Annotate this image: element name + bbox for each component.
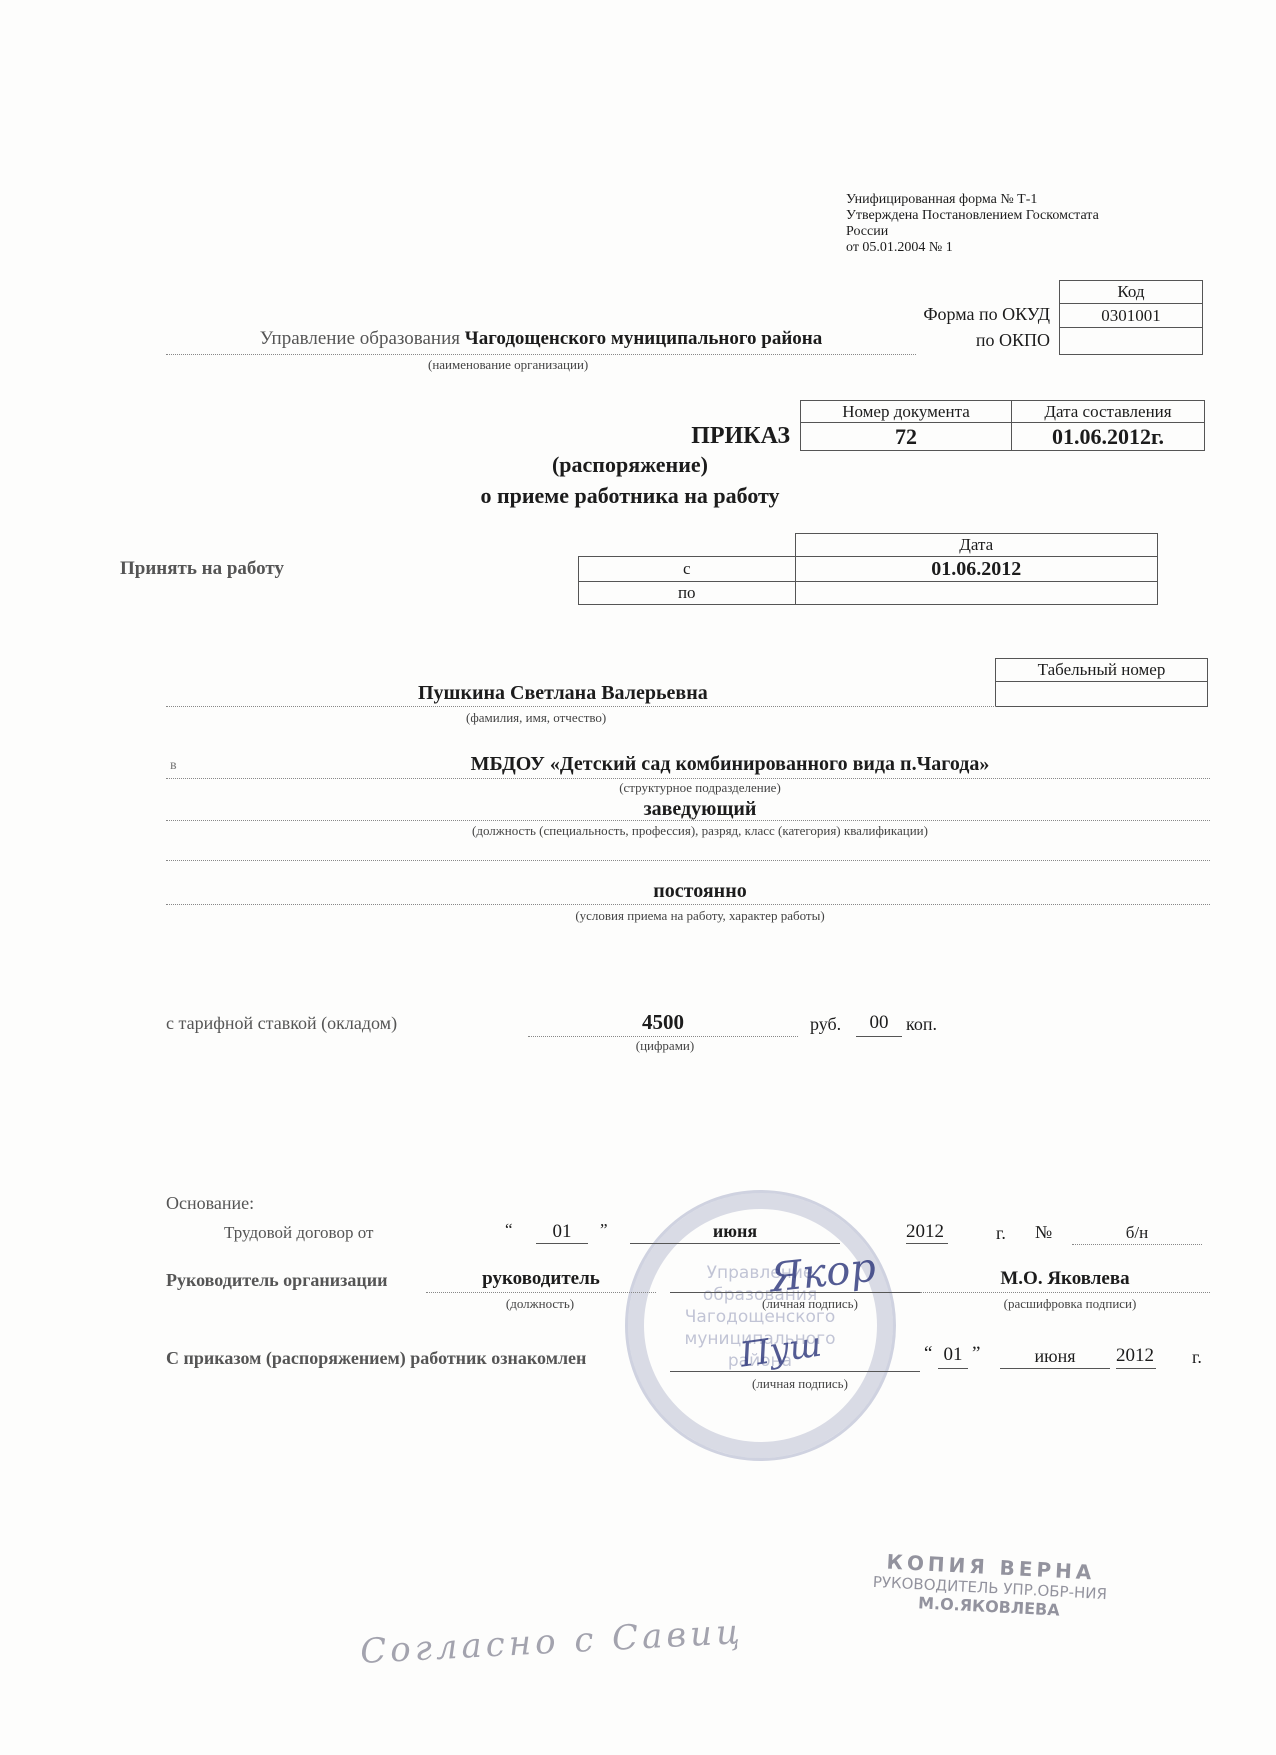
position-caption: (должность (специальность, профессия), р… — [350, 823, 1050, 839]
employee-signature-caption: (личная подпись) — [720, 1376, 880, 1392]
code-header: Код — [1060, 281, 1203, 304]
copy-certified-stamp: КОПИЯ ВЕРНА РУКОВОДИТЕЛЬ УПР.ОБР-НИЯ М.О… — [854, 1548, 1127, 1623]
position-name: заведующий — [500, 798, 900, 821]
employee-name: Пушкина Светлана Валерьевна — [418, 682, 708, 705]
handwritten-note: Согласно с Савиц — [359, 1612, 744, 1672]
head-decoded-name: М.О. Яковлева — [920, 1268, 1210, 1293]
approval-date: от 05.01.2004 № 1 — [846, 240, 1099, 256]
position-extra-line — [166, 860, 1210, 861]
order-title: ПРИКАЗ — [620, 423, 790, 450]
hire-to-date — [795, 582, 1158, 605]
doc-number: 72 — [801, 423, 1012, 451]
ack-quote-open: “ — [924, 1343, 932, 1365]
department-name: МБДОУ «Детский сад комбинированного вида… — [300, 753, 1160, 776]
hire-label: Принять на работу — [120, 558, 284, 580]
okpo-value — [1060, 328, 1203, 355]
head-position: руководитель — [426, 1268, 656, 1293]
organization-name-bold: Чагодощенского муниципального района — [465, 328, 822, 349]
contract-quote-open: “ — [505, 1220, 513, 1240]
order-subtitle: (распоряжение) — [480, 452, 780, 478]
doc-date: 01.06.2012г. — [1012, 423, 1205, 451]
salary-label: с тарифной ставкой (окладом) — [166, 1013, 397, 1034]
contract-year-suffix: г. — [996, 1223, 1006, 1244]
hire-dates-table: Дата с 01.06.2012 по — [578, 533, 1158, 605]
hire-to-label: по — [579, 582, 796, 605]
salary-kop-value: 00 — [856, 1012, 902, 1037]
contract-label: Трудовой договор от — [224, 1223, 373, 1243]
doc-date-header: Дата составления — [1012, 401, 1205, 423]
contract-year: 2012 — [906, 1221, 948, 1244]
ack-day: 01 — [938, 1344, 968, 1369]
contract-number-sign: № — [1035, 1222, 1052, 1243]
ack-month: июня — [1000, 1346, 1110, 1369]
approval-line: Утверждена Постановлением Госкомстата — [846, 208, 1099, 224]
salary-caption: (цифрами) — [600, 1038, 730, 1054]
okud-label: Форма по ОКУД — [880, 304, 1050, 325]
contract-number: б/н — [1072, 1223, 1202, 1245]
organization-prefix: Управление образования — [260, 328, 460, 349]
ack-quote-close: ” — [972, 1343, 980, 1365]
hire-date-header: Дата — [795, 534, 1158, 557]
employee-signature-line — [670, 1371, 920, 1372]
head-signature-caption: (личная подпись) — [730, 1296, 890, 1312]
basis-label: Основание: — [166, 1193, 254, 1214]
form-number: Унифицированная форма № Т-1 — [846, 192, 1099, 208]
salary-kop-label: коп. — [906, 1014, 937, 1035]
hire-from-date: 01.06.2012 — [795, 557, 1158, 582]
document-table: Номер документа Дата составления 72 01.0… — [800, 400, 1205, 451]
salary-rub-label: руб. — [810, 1014, 841, 1035]
okpo-label: по ОКПО — [930, 330, 1050, 351]
head-label: Руководитель организации — [166, 1270, 387, 1291]
contract-day: 01 — [536, 1221, 588, 1244]
conditions-value: постоянно — [500, 880, 900, 903]
form-approval-note: Унифицированная форма № Т-1 Утверждена П… — [846, 192, 1099, 256]
doc-number-header: Номер документа — [801, 401, 1012, 423]
tab-number-header: Табельный номер — [996, 659, 1208, 682]
conditions-caption: (условия приема на работу, характер рабо… — [450, 908, 950, 924]
hire-from-label: с — [579, 557, 796, 582]
ack-year-suffix: г. — [1192, 1347, 1202, 1368]
order-subject: о приеме работника на работу — [420, 483, 840, 509]
okud-value: 0301001 — [1060, 304, 1203, 328]
acknowledged-label: С приказом (распоряжением) работник озна… — [166, 1348, 586, 1369]
organization-caption: (наименование организации) — [428, 357, 588, 373]
tab-number-table: Табельный номер — [995, 658, 1208, 707]
approval-country: России — [846, 224, 1099, 240]
codes-table: Код 0301001 — [1059, 280, 1203, 355]
contract-month: июня — [630, 1221, 840, 1244]
head-decoded-caption: (расшифровка подписи) — [970, 1296, 1170, 1312]
contract-quote-close: ” — [600, 1220, 608, 1240]
tab-number-value — [996, 682, 1208, 707]
department-caption: (структурное подразделение) — [500, 780, 900, 796]
employee-name-caption: (фамилия, имя, отчество) — [466, 710, 606, 726]
ack-year: 2012 — [1116, 1345, 1156, 1369]
organization-name: Управление образования Чагодощенского му… — [166, 328, 916, 355]
salary-rub-value: 4500 — [528, 1010, 798, 1037]
head-position-caption: (должность) — [480, 1296, 600, 1312]
